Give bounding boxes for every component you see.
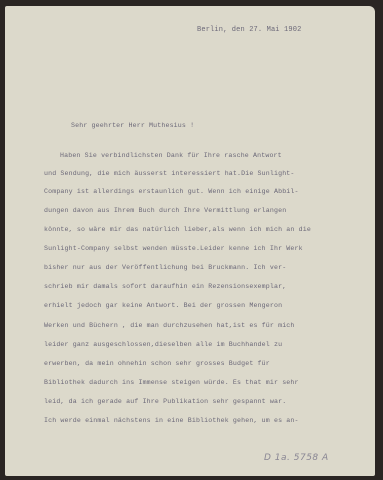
body-line: erwerben, da mein ohnehin schon sehr gro… [44, 361, 270, 368]
body-line: bisher nur aus der Veröffentlichung bei … [44, 265, 286, 272]
body-line: leid, da ich gerade auf Ihre Publikation… [44, 399, 286, 406]
body-line: und Sendung, die mich äusserst interessi… [44, 171, 295, 178]
body-line: Ich werde einmal nächstens in eine Bibli… [44, 418, 299, 425]
body-line: erhielt jedoch gar keine Antwort. Bei de… [44, 303, 282, 310]
letter-dateline: Berlin, den 27. Mai 1902 [197, 27, 301, 34]
letter-salutation: Sehr geehrter Herr Muthesius ! [71, 123, 194, 130]
body-line: leider ganz ausgeschlossen,dieselben all… [44, 342, 282, 349]
body-line: schrieb mir damals sofort daraufhin ein … [44, 284, 286, 291]
body-line: Bibliothek dadurch ins Immense steigen w… [44, 380, 299, 387]
body-line: Company ist allerdings erstaunlich gut. … [44, 189, 299, 196]
archive-mark: D 1a. 5758 A [264, 453, 329, 463]
body-line: Werken und Büchern , die man durchzusehe… [44, 323, 295, 330]
body-line: dungen davon aus Ihrem Buch durch Ihre V… [44, 208, 286, 215]
body-line: Haben Sie verbindlichsten Dank für Ihre … [60, 153, 282, 160]
letter-body: Haben Sie verbindlichsten Dank für Ihre … [44, 153, 52, 259]
body-line: Sunlight-Company selbst wenden müsste.Le… [44, 246, 303, 253]
body-line: könnte, so wäre mir das natürlich lieber… [44, 227, 311, 234]
